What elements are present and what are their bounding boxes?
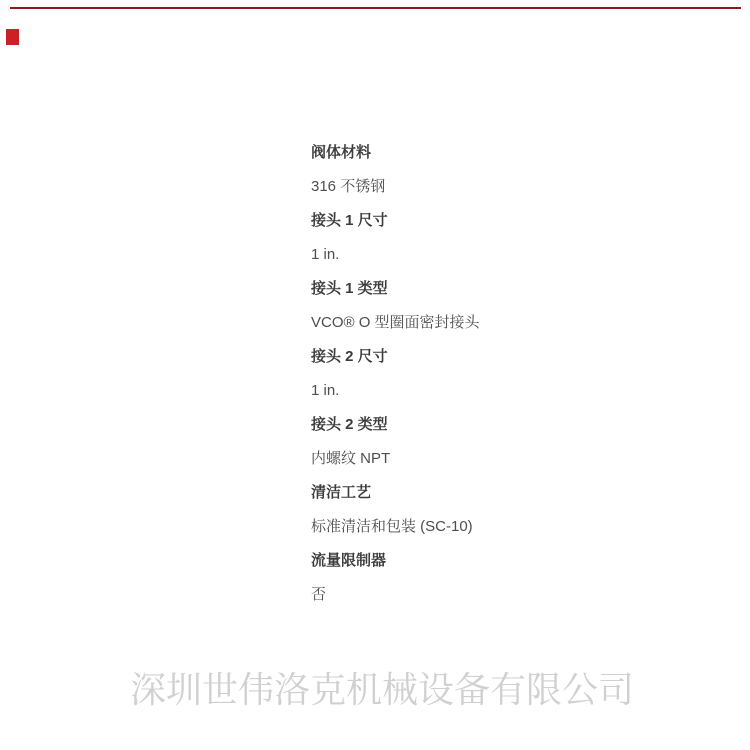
top-accent-line bbox=[10, 7, 741, 9]
spec-list: 阀体材料 316 不锈钢 接头 1 尺寸 1 in. 接头 1 类型 VCO® … bbox=[311, 136, 480, 612]
spec-page: 阀体材料 316 不锈钢 接头 1 尺寸 1 in. 接头 1 类型 VCO® … bbox=[0, 0, 750, 750]
red-square-logo bbox=[6, 29, 19, 45]
spec-label: 阀体材料 bbox=[311, 136, 480, 170]
spec-value: 1 in. bbox=[311, 238, 480, 272]
spec-value: 1 in. bbox=[311, 374, 480, 408]
spec-value: 否 bbox=[311, 578, 480, 612]
spec-label: 接头 2 类型 bbox=[311, 408, 480, 442]
spec-label: 接头 1 尺寸 bbox=[311, 204, 480, 238]
spec-label: 清洁工艺 bbox=[311, 476, 480, 510]
spec-label: 接头 2 尺寸 bbox=[311, 340, 480, 374]
spec-label: 接头 1 类型 bbox=[311, 272, 480, 306]
spec-value: 内螺纹 NPT bbox=[311, 442, 480, 476]
company-watermark: 深圳世伟洛克机械设备有限公司 bbox=[130, 667, 634, 712]
spec-value: 316 不锈钢 bbox=[311, 170, 480, 204]
spec-value: VCO® O 型圈面密封接头 bbox=[311, 306, 480, 340]
spec-label: 流量限制器 bbox=[311, 544, 480, 578]
spec-value: 标准清洁和包装 (SC-10) bbox=[311, 510, 480, 544]
